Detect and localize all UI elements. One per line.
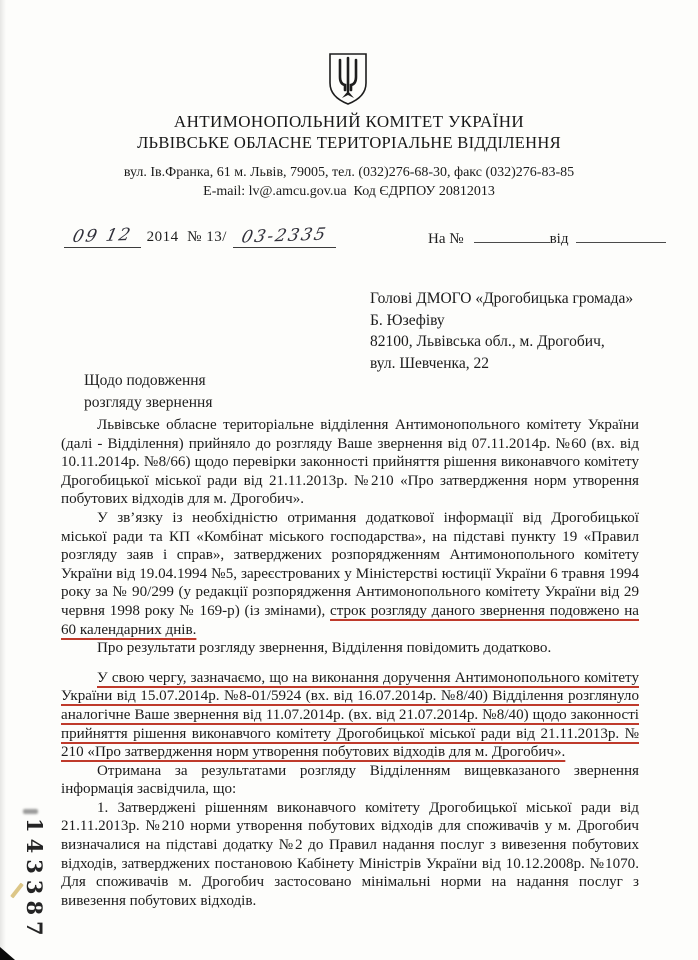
recipient-line: 82100, Львівська обл., м. Дрогобич, <box>370 331 633 353</box>
recipient-line: вул. Шевченка, 22 <box>370 353 633 375</box>
ukraine-trident-emblem-icon <box>327 52 369 106</box>
outgoing-number-printed: 2014 № 13/ <box>147 229 227 245</box>
paragraph-5-text: Отримана за результатами розгляду Відділ… <box>61 763 639 798</box>
paragraph-6-text: 1. Затверджені рішенням виконавчого комі… <box>61 800 639 909</box>
outgoing-date-blank: 09 12 <box>64 226 141 248</box>
scan-corner-mark <box>0 947 15 960</box>
paragraph-1-text: Львівське обласне територіальне відділен… <box>61 417 639 507</box>
subject-block: Щодо подовження розгляду звернення <box>84 370 212 414</box>
recipient-line: Б. Юзефіву <box>370 310 633 332</box>
outgoing-number-handwritten: 03-2335 <box>239 225 329 248</box>
org-name-line2: ЛЬВІВСЬКЕ ОБЛАСНЕ ТЕРИТОРІАЛЬНЕ ВІДДІЛЕН… <box>0 133 698 153</box>
incoming-from-label: від <box>550 231 569 247</box>
incoming-reference: На №від <box>428 229 666 248</box>
paragraph-4: У свою чергу, зазначаємо, що на виконанн… <box>61 669 639 762</box>
outgoing-number-blank: 03-2335 <box>233 226 336 248</box>
letter-body: Львівське обласне територіальне відділен… <box>61 416 639 910</box>
recipient-block: Голові ДМОГО «Дрогобицька громада» Б. Юз… <box>370 288 633 375</box>
margin-stamp-number: 143387 <box>22 818 47 942</box>
incoming-number-label: На № <box>428 231 464 247</box>
subject-line1: Щодо подовження <box>84 370 212 392</box>
incoming-number-blank <box>474 229 550 243</box>
scanned-letter-page: АНТИМОНОПОЛЬНИЙ КОМІТЕТ УКРАЇНИ ЛЬВІВСЬК… <box>0 0 698 960</box>
subject-line2: розгляду звернення <box>84 392 212 414</box>
org-address: вул. Ів.Франка, 61 м. Львів, 79005, тел.… <box>0 165 698 181</box>
outgoing-date-handwritten: 09 12 <box>71 225 134 247</box>
paragraph-1: Львівське обласне територіальне відділен… <box>61 416 639 509</box>
incoming-date-blank <box>576 229 666 243</box>
org-name-line1: АНТИМОНОПОЛЬНИЙ КОМІТЕТ УКРАЇНИ <box>0 112 698 132</box>
margin-stamp-small-mark <box>23 809 38 814</box>
paragraph-3-text: Про результати розгляду звернення, Відді… <box>97 640 551 656</box>
paragraph-4-red-underlined-text: У свою чергу, зазначаємо, що на виконанн… <box>61 670 639 760</box>
recipient-line: Голові ДМОГО «Дрогобицька громада» <box>370 288 633 310</box>
org-contact: E-mail: lv@.amcu.gov.ua Код ЄДРПОУ 20812… <box>0 184 698 200</box>
paragraph-5: Отримана за результатами розгляду Відділ… <box>61 762 639 799</box>
paragraph-3: Про результати розгляду звернення, Відді… <box>61 639 639 658</box>
paragraph-6: 1. Затверджені рішенням виконавчого комі… <box>61 799 639 911</box>
paragraph-2: У зв’язку із необхідністю отримання дода… <box>61 509 639 639</box>
outgoing-reference: 09 122014 № 13/03-2335 <box>64 226 336 248</box>
